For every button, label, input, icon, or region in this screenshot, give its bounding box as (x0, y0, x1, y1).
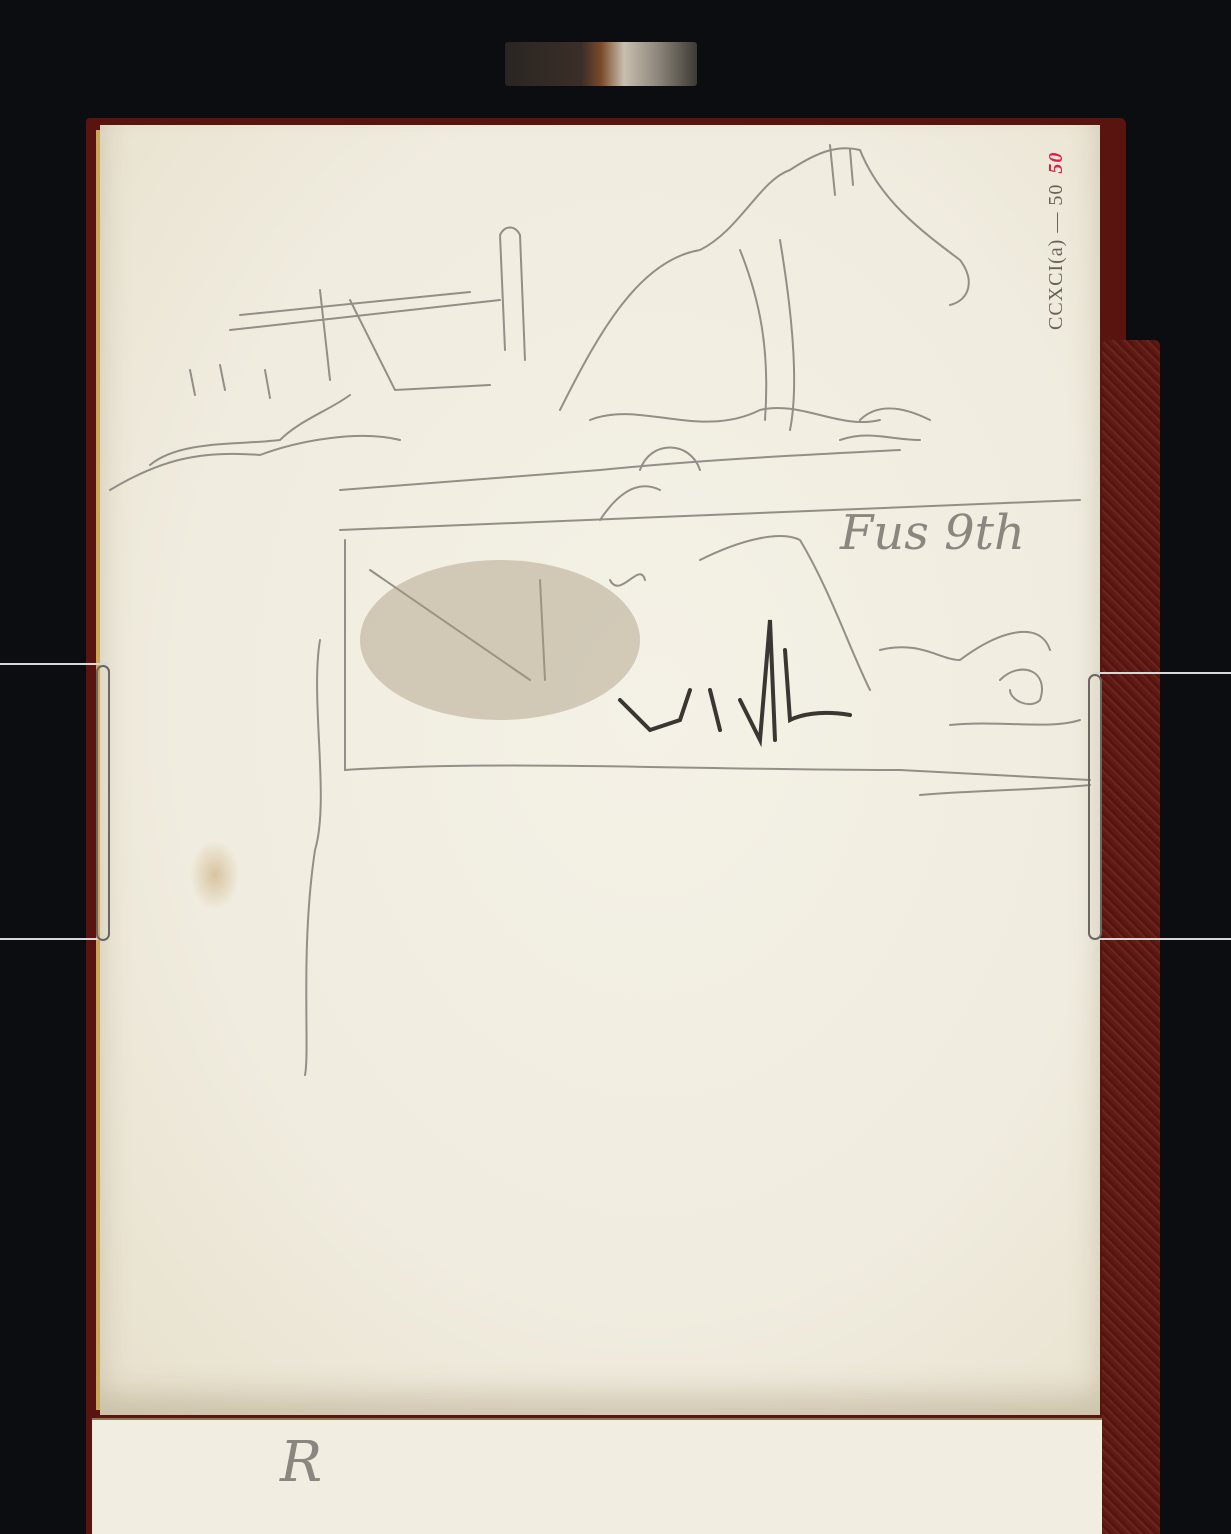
mount-wire-loop-right (1088, 674, 1102, 940)
mount-wire-left-top (0, 663, 108, 665)
mount-wire-right-top (1095, 672, 1231, 674)
sketchbook-photo: CCXCI(a) — 5050 Fus 9th R (0, 0, 1231, 1534)
catalogue-reference: CCXCI(a) — 5050 (1045, 152, 1068, 330)
handwritten-date: Fus 9th (840, 505, 1025, 561)
mount-wire-loop-left (96, 665, 110, 941)
lower-page-mark: R (280, 1430, 322, 1495)
red-page-number: 50 (1045, 152, 1067, 174)
mount-wire-right-bottom (1095, 938, 1231, 940)
facing-page-lower (92, 1418, 1102, 1534)
mount-wire-left-bottom (0, 938, 108, 940)
